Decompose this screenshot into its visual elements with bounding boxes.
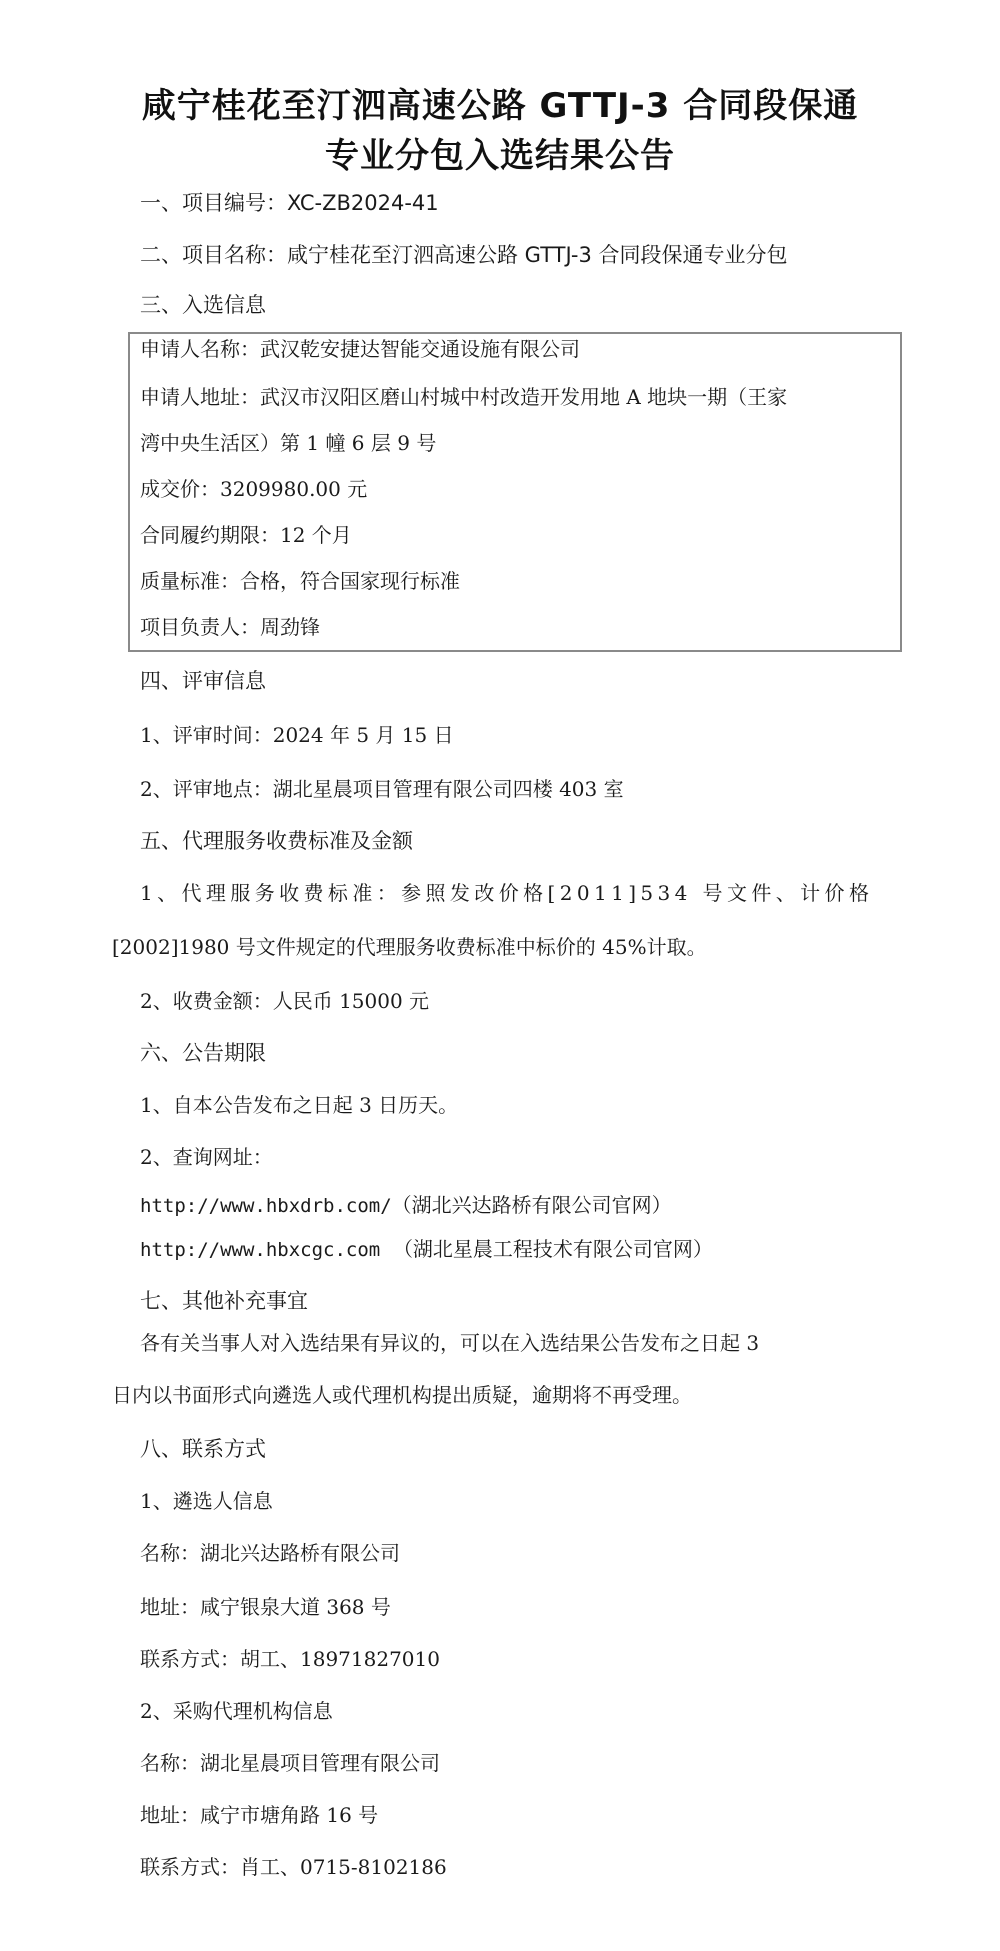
url-link-hbxcgc[interactable]: http://www.hbxcgc.com	[140, 1239, 380, 1261]
quality-standard: 质量标准：合格，符合国家现行标准	[140, 568, 460, 594]
selector-info-heading: 1、遴选人信息	[140, 1488, 273, 1514]
selector-contact: 联系方式：胡工、18971827010	[140, 1646, 440, 1672]
url-note-1: （湖北兴达路桥有限公司官网）	[392, 1193, 672, 1217]
agency-address: 地址：咸宁市塘角路 16 号	[140, 1802, 378, 1828]
section-heading-contact: 八、联系方式	[140, 1436, 266, 1462]
notice-period: 1、自本公告发布之日起 3 日历天。	[140, 1092, 458, 1118]
agency-name: 名称：湖北星晨项目管理有限公司	[140, 1750, 440, 1776]
url-row-2: http://www.hbxcgc.com （湖北星晨工程技术有限公司官网）	[140, 1236, 713, 1263]
section-heading-notice-period: 六、公告期限	[140, 1040, 266, 1066]
selector-address: 地址：咸宁银泉大道 368 号	[140, 1594, 391, 1620]
agency-contact: 联系方式：肖工、0715-8102186	[140, 1854, 447, 1880]
fee-standard-line1: 1、代理服务收费标准：参照发改价格[2011]534 号文件、计价格	[140, 880, 873, 906]
applicant-name: 申请人名称：武汉乾安捷达智能交通设施有限公司	[140, 336, 580, 362]
section-heading-selection-info: 三、入选信息	[140, 292, 266, 318]
document-title-line2: 专业分包入选结果公告	[0, 128, 1000, 177]
applicant-address-line2: 湾中央生活区）第 1 幢 6 层 9 号	[140, 430, 436, 456]
project-number: 一、项目编号：XC-ZB2024-41	[140, 190, 439, 216]
deal-price: 成交价：3209980.00 元	[140, 476, 367, 502]
query-url-label: 2、查询网址：	[140, 1144, 273, 1170]
agency-info-heading: 2、采购代理机构信息	[140, 1698, 333, 1724]
section-heading-review-info: 四、评审信息	[140, 668, 266, 694]
url-note-2: （湖北星晨工程技术有限公司官网）	[393, 1237, 713, 1261]
supplementary-text-line1: 各有关当事人对入选结果有异议的，可以在入选结果公告发布之日起 3	[140, 1330, 759, 1356]
review-time: 1、评审时间：2024 年 5 月 15 日	[140, 722, 454, 748]
section-heading-agency-fee: 五、代理服务收费标准及金额	[140, 828, 413, 854]
url-row-1: http://www.hbxdrb.com/（湖北兴达路桥有限公司官网）	[140, 1192, 672, 1219]
project-name: 二、项目名称：咸宁桂花至汀泗高速公路 GTTJ-3 合同段保通专业分包	[140, 242, 788, 268]
fee-amount: 2、收费金额：人民币 15000 元	[140, 988, 429, 1014]
section-heading-supplementary: 七、其他补充事宜	[140, 1288, 308, 1314]
project-manager: 项目负责人：周劲锋	[140, 614, 320, 640]
document-title-line1: 咸宁桂花至汀泗高速公路 GTTJ-3 合同段保通	[0, 78, 1000, 127]
selector-name: 名称：湖北兴达路桥有限公司	[140, 1540, 400, 1566]
fee-standard-line2: [2002]1980 号文件规定的代理服务收费标准中标价的 45%计取。	[112, 934, 707, 960]
supplementary-text-line2: 日内以书面形式向遴选人或代理机构提出质疑，逾期将不再受理。	[112, 1382, 692, 1408]
applicant-address-line1: 申请人地址：武汉市汉阳区磨山村城中村改造开发用地 A 地块一期（王家	[140, 384, 787, 410]
review-place: 2、评审地点：湖北星晨项目管理有限公司四楼 403 室	[140, 776, 624, 802]
url-link-hbxdrb[interactable]: http://www.hbxdrb.com/	[140, 1195, 392, 1217]
contract-period: 合同履约期限：12 个月	[140, 522, 352, 548]
